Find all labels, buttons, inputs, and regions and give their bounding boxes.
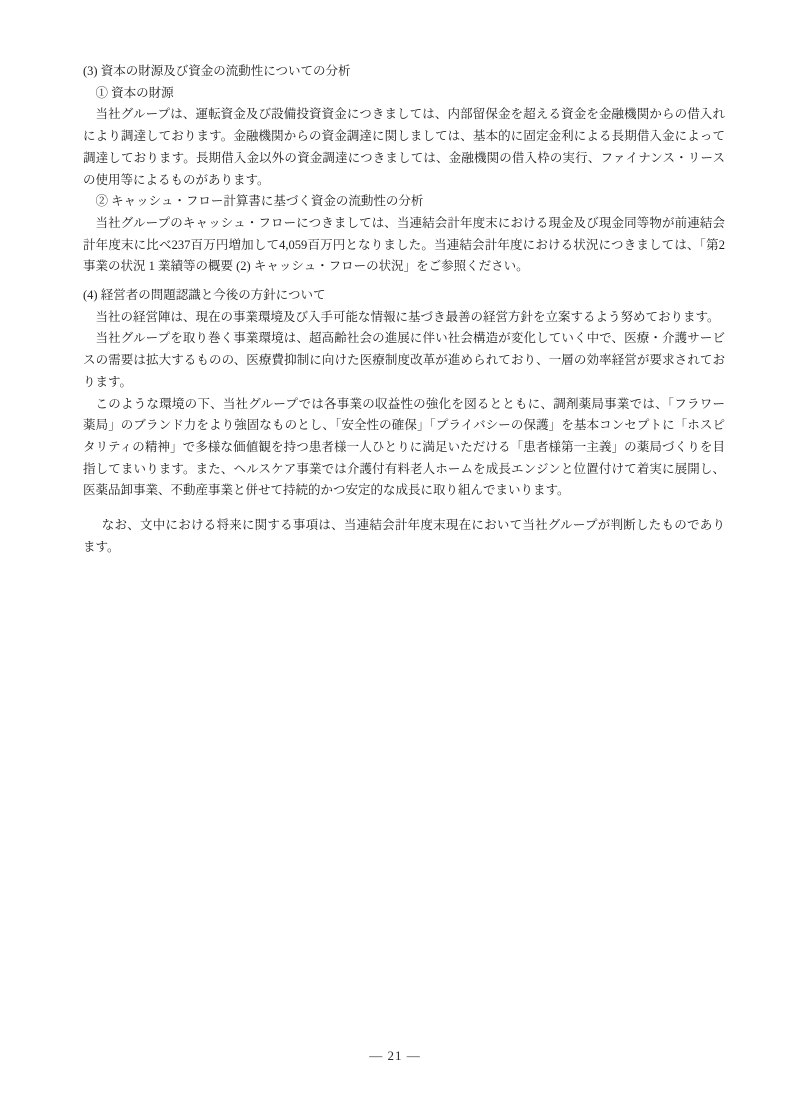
subsection-1-paragraph: 当社グループは、運転資金及び設備投資資金につきましては、内部留保金を超える資金を… xyxy=(83,104,725,191)
subsection-1-heading: ① 資本の財源 xyxy=(96,83,726,105)
forward-looking-statement-note: なお、文中における将来に関する事項は、当連結会計年度末現在において当社グループが… xyxy=(83,515,725,558)
section-3-heading: (3) 資本の財源及び資金の流動性についての分析 xyxy=(83,61,725,83)
section-4-paragraph-3: このような環境の下、当社グループでは各事業の収益性の強化を図るとともに、調剤薬局… xyxy=(83,394,725,503)
section-management-policy: (4) 経営者の問題認識と今後の方針について 当社の経営陣は、現在の事業環境及び… xyxy=(83,285,725,502)
subsection-cash-flow-liquidity: ② キャッシュ・フロー計算書に基づく資金の流動性の分析 当社グループのキャッシュ… xyxy=(83,191,725,278)
section-4-paragraph-1: 当社の経営陣は、現在の事業環境及び入手可能な情報に基づき最善の経営方針を立案する… xyxy=(83,307,725,329)
document-page: (3) 資本の財源及び資金の流動性についての分析 ① 資本の財源 当社グループは… xyxy=(0,0,790,1118)
section-4-heading: (4) 経営者の問題認識と今後の方針について xyxy=(83,285,725,307)
subsection-2-paragraph: 当社グループのキャッシュ・フローにつきましては、当連結会計年度末における現金及び… xyxy=(83,213,725,278)
subsection-capital-source: ① 資本の財源 当社グループは、運転資金及び設備投資資金につきましては、内部留保… xyxy=(83,83,725,192)
page-number-footer: ― 21 ― xyxy=(0,1048,790,1064)
section-4-paragraph-2: 当社グループを取り巻く事業環境は、超高齢社会の進展に伴い社会構造が変化していく中… xyxy=(83,328,725,393)
section-capital-resources: (3) 資本の財源及び資金の流動性についての分析 ① 資本の財源 当社グループは… xyxy=(83,61,725,278)
subsection-2-heading: ② キャッシュ・フロー計算書に基づく資金の流動性の分析 xyxy=(96,191,726,213)
page-content: (3) 資本の財源及び資金の流動性についての分析 ① 資本の財源 当社グループは… xyxy=(83,61,725,558)
